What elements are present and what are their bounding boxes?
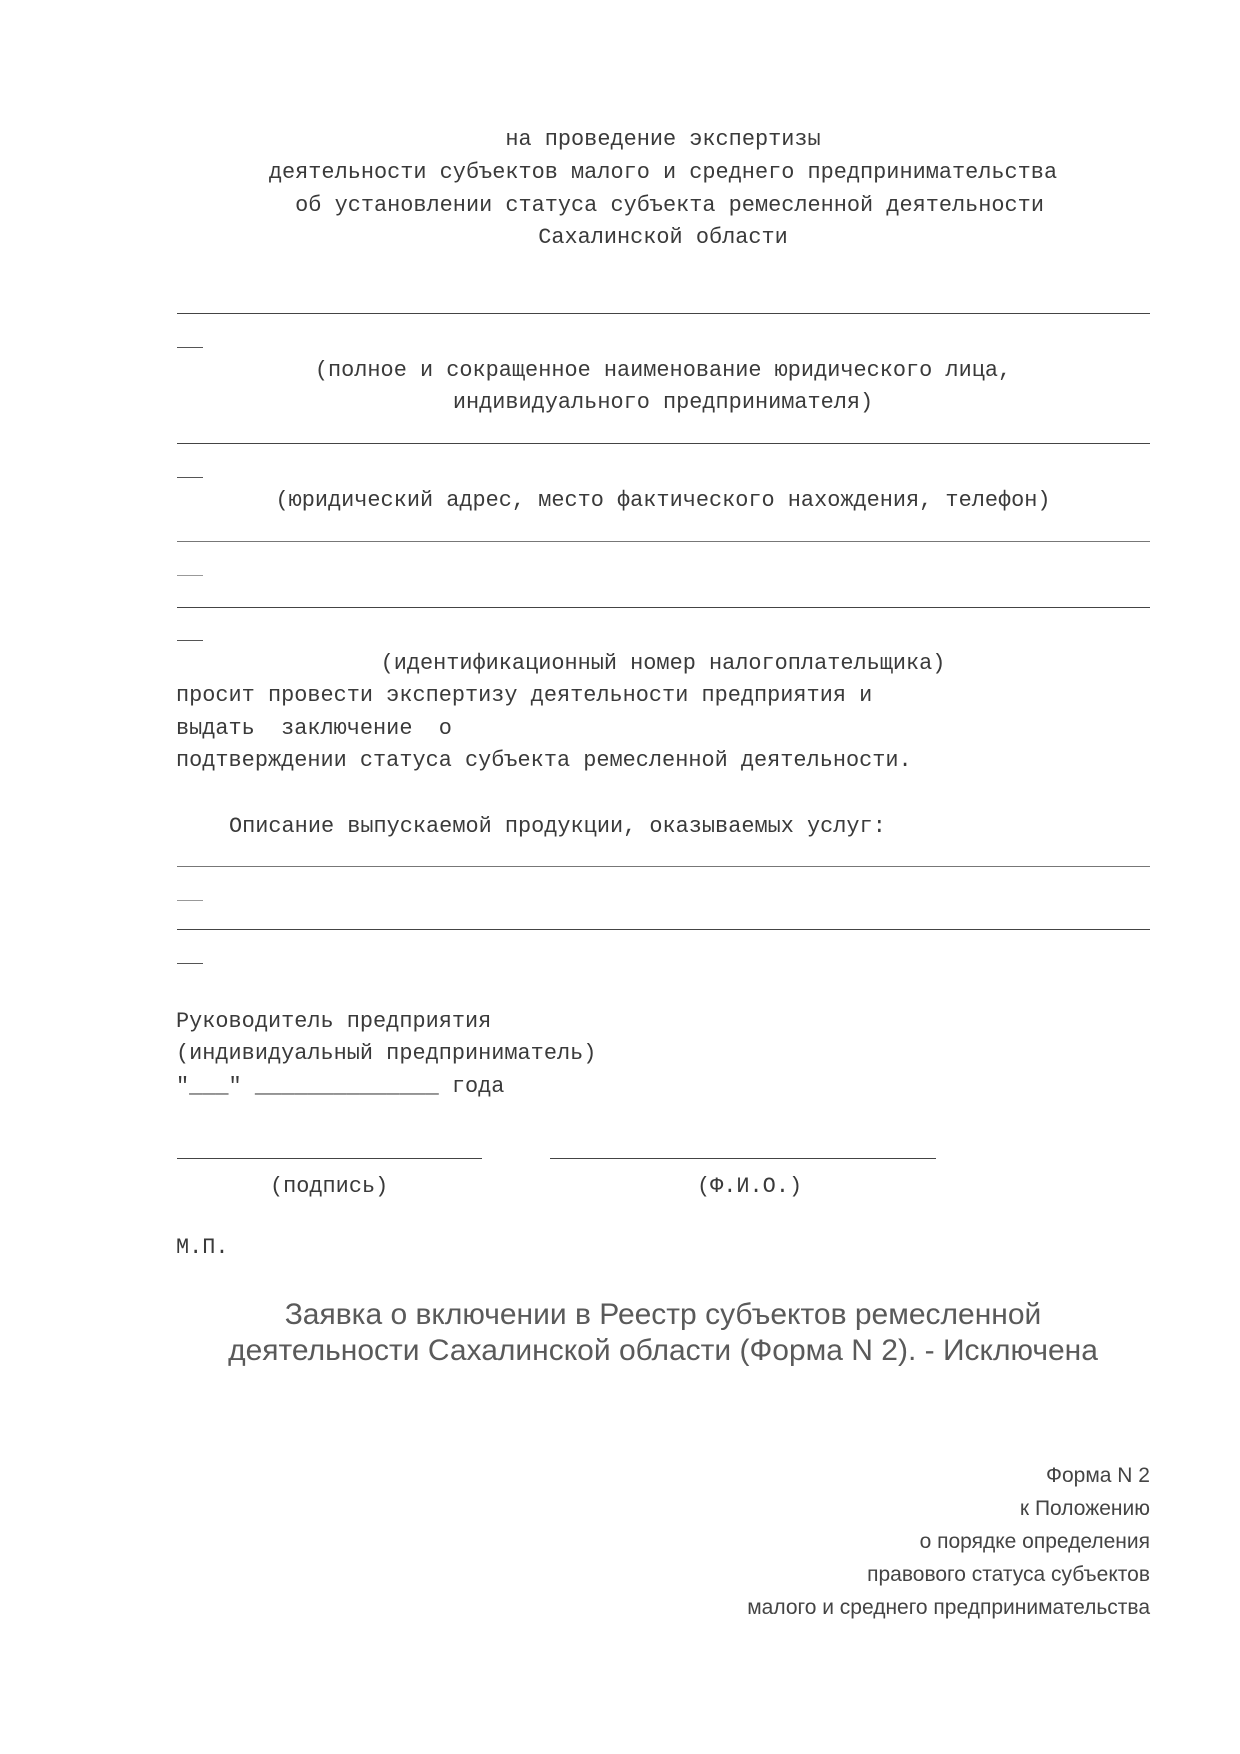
fill-line-continuation (177, 575, 203, 576)
fio-caption: (Ф.И.О.) (697, 1176, 802, 1198)
signatory-role-1: Руководитель предприятия (176, 1011, 491, 1033)
fill-line-continuation (177, 963, 203, 964)
fill-line[interactable] (177, 541, 1150, 542)
inn-caption: (идентификационный номер налогоплательщи… (176, 653, 1150, 675)
fill-line-continuation (177, 477, 203, 478)
appendix-line-2: к Положению (1020, 1492, 1150, 1525)
fill-line-continuation (177, 900, 203, 901)
organization-name-caption-1: (полное и сокращенное наименование юриди… (176, 360, 1150, 382)
appendix-line-5: малого и среднего предпринимательства (747, 1591, 1150, 1624)
date-field[interactable]: "___" ______________ года (176, 1076, 504, 1098)
fill-line[interactable] (177, 443, 1150, 444)
appendix-line-4: правового статуса субъектов (867, 1558, 1150, 1591)
header-line-3: об установлении статуса субъекта ремесле… (176, 195, 1150, 217)
fill-line[interactable] (177, 866, 1150, 867)
section-title-line-1: Заявка о включении в Реестр субъектов ре… (176, 1296, 1150, 1334)
header-line-1: на проведение экспертизы (176, 129, 1150, 151)
fill-line-continuation (177, 640, 203, 641)
description-label: Описание выпускаемой продукции, оказывае… (229, 816, 886, 838)
organization-name-caption-2: индивидуального предпринимателя) (176, 392, 1150, 414)
header-line-4: Сахалинской области (176, 227, 1150, 249)
section-title-line-2: деятельности Сахалинской области (Форма … (176, 1332, 1150, 1370)
request-line-1: просит провести экспертизу деятельности … (176, 685, 872, 707)
fill-line[interactable] (177, 929, 1150, 930)
fill-line[interactable] (177, 313, 1150, 314)
appendix-line-1: Форма N 2 (1046, 1459, 1150, 1492)
request-line-2: выдать заключение о (176, 718, 452, 740)
stamp-label: М.П. (176, 1237, 229, 1259)
signature-line[interactable] (177, 1158, 482, 1159)
fio-line[interactable] (550, 1158, 936, 1159)
header-line-2: деятельности субъектов малого и среднего… (176, 162, 1150, 184)
signature-caption: (подпись) (270, 1176, 388, 1198)
appendix-line-3: о порядке определения (920, 1525, 1150, 1558)
fill-line-continuation (177, 347, 203, 348)
address-caption: (юридический адрес, место фактического н… (176, 490, 1150, 512)
fill-line[interactable] (177, 607, 1150, 608)
request-line-3: подтверждении статуса субъекта ремесленн… (176, 750, 912, 772)
signatory-role-2: (индивидуальный предприниматель) (176, 1043, 596, 1065)
